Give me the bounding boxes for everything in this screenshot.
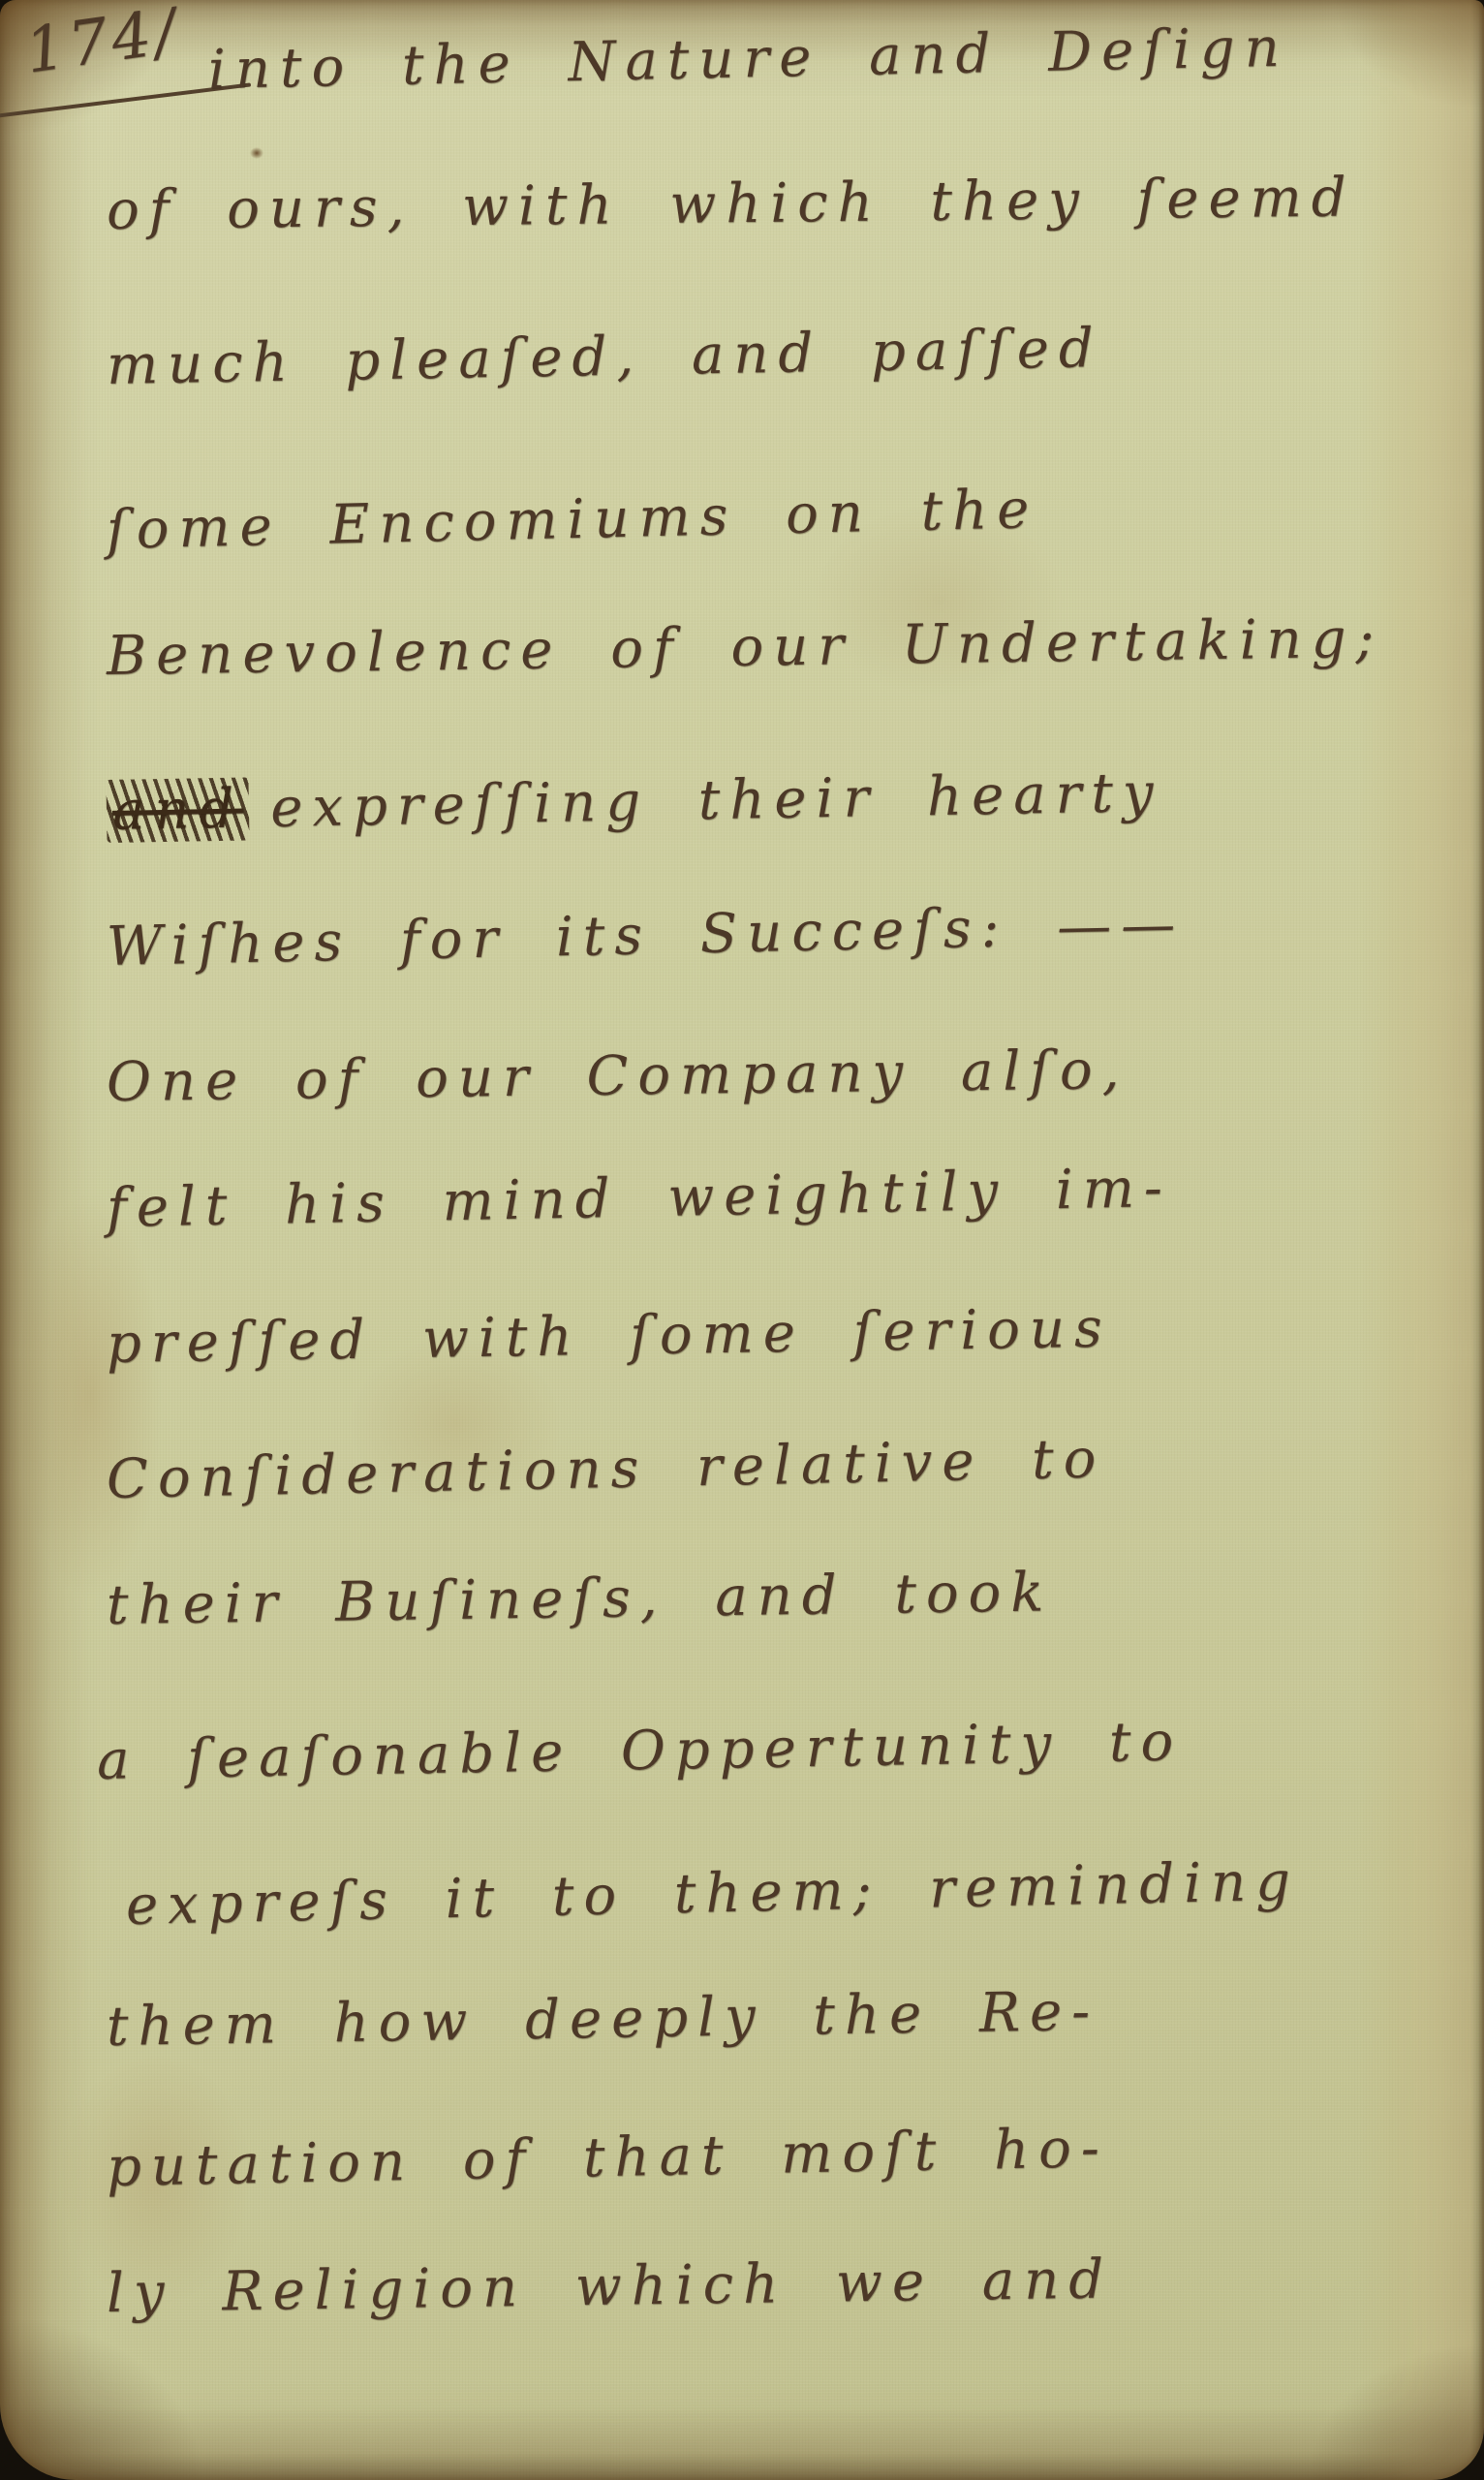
manuscript-line: Benevolence of our Undertaking; xyxy=(107,607,1384,688)
struck-out-word: and xyxy=(106,777,249,843)
manuscript-line: ſome Encomiums on the xyxy=(106,478,1039,562)
manuscript-line-text: expreſſing their hearty xyxy=(270,761,1163,840)
manuscript-scan: 174/ into the Nature and Deſign of ours,… xyxy=(0,0,1484,2480)
manuscript-line: Conſiderations relative to xyxy=(106,1427,1106,1511)
ink-blot xyxy=(250,147,263,159)
manuscript-line: them how deeply the Re- xyxy=(106,1980,1099,2059)
manuscript-line: Wiſhes for its Succeſs: —— xyxy=(106,893,1185,978)
manuscript-line: felt his mind weightily im- xyxy=(106,1157,1172,1240)
manuscript-line: ly Religion which we and xyxy=(107,2247,1114,2325)
manuscript-line: into the Nature and Deſign xyxy=(207,16,1289,102)
manuscript-line: preſſed with ſome ſerious xyxy=(106,1297,1112,1376)
manuscript-line: putation of that moſt ho- xyxy=(106,2117,1109,2199)
manuscript-line: of ours, with which they ſeemd xyxy=(107,166,1356,242)
page-number: 174/ xyxy=(21,0,184,88)
manuscript-line: andexpreſſing their hearty xyxy=(106,761,1163,843)
paper-stain xyxy=(17,1192,163,1598)
manuscript-line: their Buſineſs, and took xyxy=(107,1561,1054,1637)
manuscript-line: much pleaſed, and paſſed xyxy=(106,317,1103,397)
manuscript-line: expreſs it to them; reminding xyxy=(125,1850,1300,1937)
manuscript-line: One of our Company alſo, xyxy=(107,1038,1129,1114)
manuscript-page: 174/ into the Nature and Deſign of ours,… xyxy=(0,0,1484,2480)
manuscript-line: a ſeaſonable Oppertunity to xyxy=(96,1710,1183,1792)
